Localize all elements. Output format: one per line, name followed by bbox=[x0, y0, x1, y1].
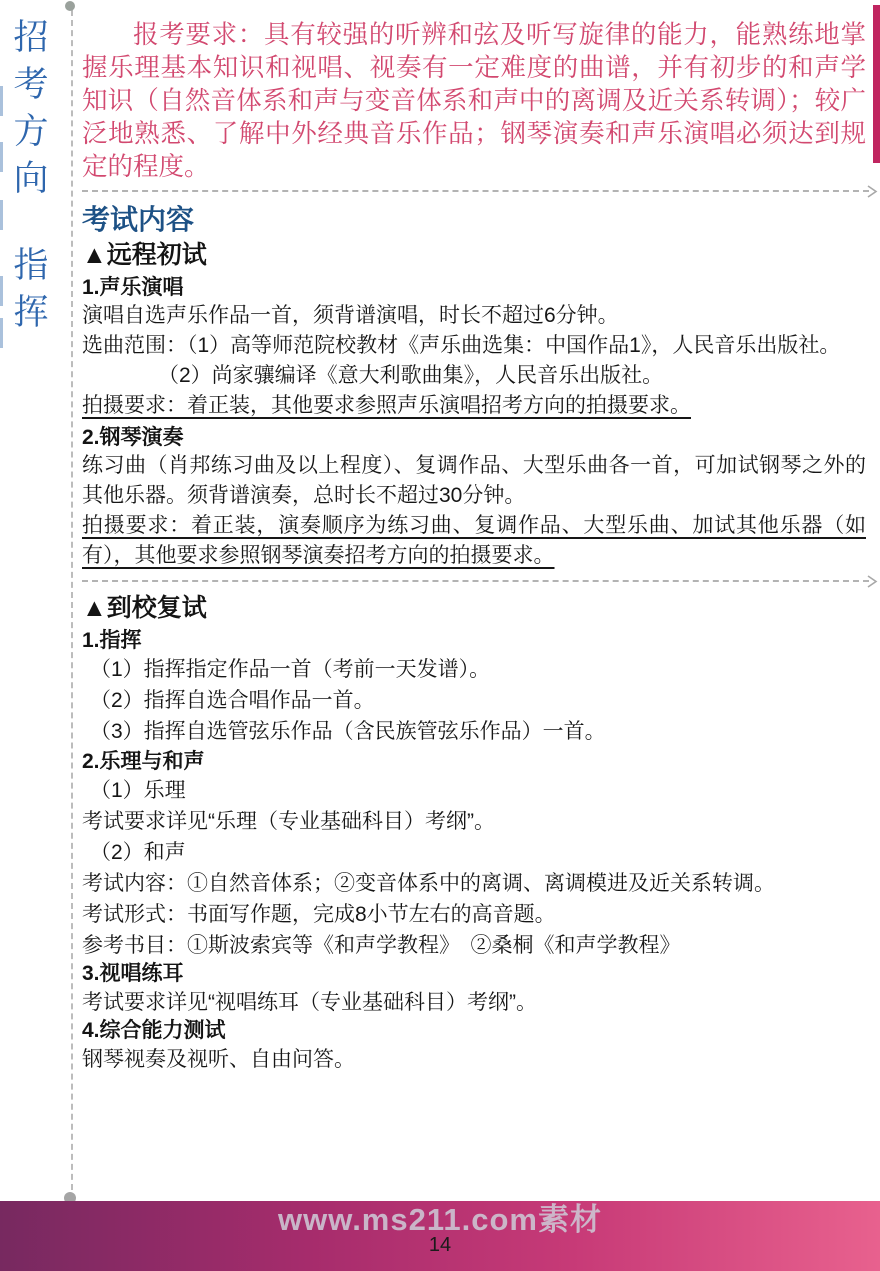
dashed-line bbox=[82, 580, 869, 582]
page-edge-bleed-mark bbox=[0, 276, 3, 306]
theory-requirement-line: 考试要求详见“乐理（专业基础科目）考纲”。 bbox=[82, 806, 866, 837]
heading-comprehensive-test: 4.综合能力测试 bbox=[82, 1018, 866, 1044]
heading-ear-training: 3.视唱练耳 bbox=[82, 961, 866, 987]
document-page: 招考方向 指挥 报考要求：具有较强的听辨和弦及听写旋律的能力，能熟练地掌握乐理基… bbox=[0, 0, 880, 1271]
heading-remote-preliminary: ▲远程初试 bbox=[82, 241, 866, 269]
page-edge-bleed-mark bbox=[0, 86, 3, 116]
vocal-repertoire-line1: 选曲范围：（1）高等师范院校教材《声乐曲选集：中国作品1》，人民音乐出版社。 bbox=[82, 331, 866, 361]
section-title-exam-content: 考试内容 bbox=[82, 205, 866, 235]
conducting-item-3: （3）指挥自选管弦乐作品（含民族管弦乐作品）一首。 bbox=[82, 716, 866, 747]
conducting-item-2: （2）指挥自选合唱作品一首。 bbox=[82, 685, 866, 716]
vocal-shooting-requirements: 拍摄要求：着正装，其他要求参照声乐演唱招考方向的拍摄要求。 bbox=[82, 391, 866, 421]
ear-training-requirement-line: 考试要求详见“视唱练耳（专业基础科目）考纲”。 bbox=[82, 987, 866, 1018]
piano-description: 练习曲（肖邦练习曲及以上程度）、复调作品、大型乐曲各一首，可加试钢琴之外的其他乐… bbox=[82, 451, 866, 511]
main-content: 报考要求：具有较强的听辨和弦及听写旋律的能力，能熟练地掌握乐理基本知识和视唱、视… bbox=[82, 12, 866, 1075]
right-edge-accent-bar bbox=[873, 5, 880, 163]
piano-shooting-requirements: 拍摄要求：着正装，演奏顺序为练习曲、复调作品、大型乐曲、加试其他乐器（如有），其… bbox=[82, 511, 866, 571]
application-requirements-paragraph: 报考要求：具有较强的听辨和弦及听写旋律的能力，能熟练地掌握乐理基本知识和视唱、视… bbox=[82, 18, 866, 183]
watermark-text: www.ms211.com素材 bbox=[278, 1194, 602, 1239]
vocal-repertoire-line2: （2）尚家骧编译《意大利歌曲集》，人民音乐出版社。 bbox=[158, 361, 866, 391]
harmony-exam-format-line: 考试形式：书面写作题，完成8小节左右的高音题。 bbox=[82, 899, 866, 930]
page-edge-bleed-mark bbox=[0, 318, 3, 348]
page-edge-bleed-mark bbox=[0, 200, 3, 230]
page-number: 14 bbox=[0, 1234, 880, 1257]
sidebar-vertical-title-direction: 招考方向 bbox=[8, 18, 48, 206]
arrow-right-icon bbox=[866, 575, 878, 588]
theory-subitem-2: （2）和声 bbox=[82, 837, 866, 868]
vocal-description: 演唱自选声乐作品一首，须背谱演唱，时长不超过6分钟。 bbox=[82, 301, 866, 331]
comprehensive-test-line: 钢琴视奏及视听、自由问答。 bbox=[82, 1044, 866, 1075]
vertical-dashed-divider bbox=[71, 10, 73, 1200]
heading-vocal-performance: 1.声乐演唱 bbox=[82, 275, 866, 301]
divider-end-dot-top bbox=[65, 1, 75, 11]
harmony-exam-content-line: 考试内容：①自然音体系；②变音体系中的离调、离调模进及近关系转调。 bbox=[82, 868, 866, 899]
harmony-reference-books-line: 参考书目：①斯波索宾等《和声学教程》 ②桑桐《和声学教程》 bbox=[82, 930, 866, 961]
heading-conducting: 1.指挥 bbox=[82, 628, 866, 654]
page-edge-bleed-mark bbox=[0, 142, 3, 172]
dashed-arrow-divider bbox=[82, 185, 878, 198]
heading-piano-performance: 2.钢琴演奏 bbox=[82, 425, 866, 451]
arrow-right-icon bbox=[866, 185, 878, 198]
sidebar-vertical-title-major: 指挥 bbox=[8, 246, 48, 340]
dashed-arrow-divider bbox=[82, 575, 878, 588]
heading-theory-harmony: 2.乐理与和声 bbox=[82, 749, 866, 775]
heading-oncampus-retest: ▲到校复试 bbox=[82, 594, 866, 622]
dashed-line bbox=[82, 190, 869, 192]
theory-subitem-1: （1）乐理 bbox=[82, 775, 866, 806]
conducting-item-1: （1）指挥指定作品一首（考前一天发谱）。 bbox=[82, 654, 866, 685]
